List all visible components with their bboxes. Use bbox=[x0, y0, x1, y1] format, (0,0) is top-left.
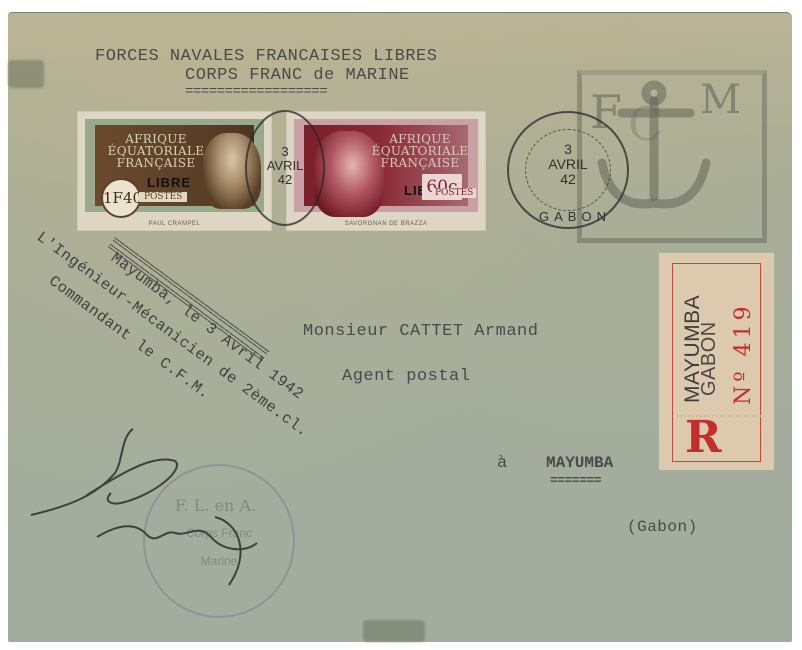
stamp-value: 1F40 bbox=[101, 178, 141, 218]
header-line-2: CORPS FRANC de MARINE bbox=[185, 66, 410, 85]
tape-mark-bottom bbox=[363, 620, 425, 642]
registration-country: GABON bbox=[698, 321, 721, 396]
registration-number: Nº 419 bbox=[731, 302, 756, 405]
stamp-paul-crampel: AFRIQUE ÉQUATORIALE FRANÇAISE LIBRE 1F40… bbox=[78, 112, 271, 230]
recipient-title: Agent postal bbox=[342, 367, 470, 386]
registration-label: MAYUMBA GABON Nº 419 R bbox=[659, 253, 774, 470]
stamp-overprint: LIBRE bbox=[147, 175, 191, 190]
stamp-title: AFRIQUE ÉQUATORIALE FRANÇAISE bbox=[364, 133, 476, 169]
stamp-postes: POSTES bbox=[432, 188, 476, 198]
header-line-1: FORCES NAVALES FRANCAISES LIBRES bbox=[95, 47, 437, 66]
recipient-city: MAYUMBA bbox=[546, 454, 613, 472]
stamp-caption: PAUL CRAMPEL bbox=[78, 221, 271, 227]
recipient-prefix: à bbox=[497, 454, 508, 473]
handwritten-signature bbox=[25, 425, 265, 605]
recipient-country: (Gabon) bbox=[627, 518, 698, 536]
postmark-country: GABON bbox=[539, 209, 611, 224]
registration-letter: R bbox=[685, 416, 722, 460]
stamp-postes: POSTES bbox=[139, 192, 187, 202]
recipient-name: Monsieur CATTET Armand bbox=[303, 322, 538, 341]
stamp-caption: SAVORGNAN DE BRAZZA bbox=[287, 221, 485, 227]
tape-mark-left bbox=[8, 60, 44, 88]
postmark-mayumba: 3 AVRIL 42 GABON MAYUMBA bbox=[507, 111, 629, 229]
stamp-title: AFRIQUE ÉQUATORIALE FRANÇAISE bbox=[107, 133, 205, 169]
recipient-city-rule: ======= bbox=[550, 473, 601, 488]
header-rule: ================== bbox=[185, 84, 327, 100]
postmark-on-stamps: 3 AVRIL 42 bbox=[245, 110, 325, 226]
